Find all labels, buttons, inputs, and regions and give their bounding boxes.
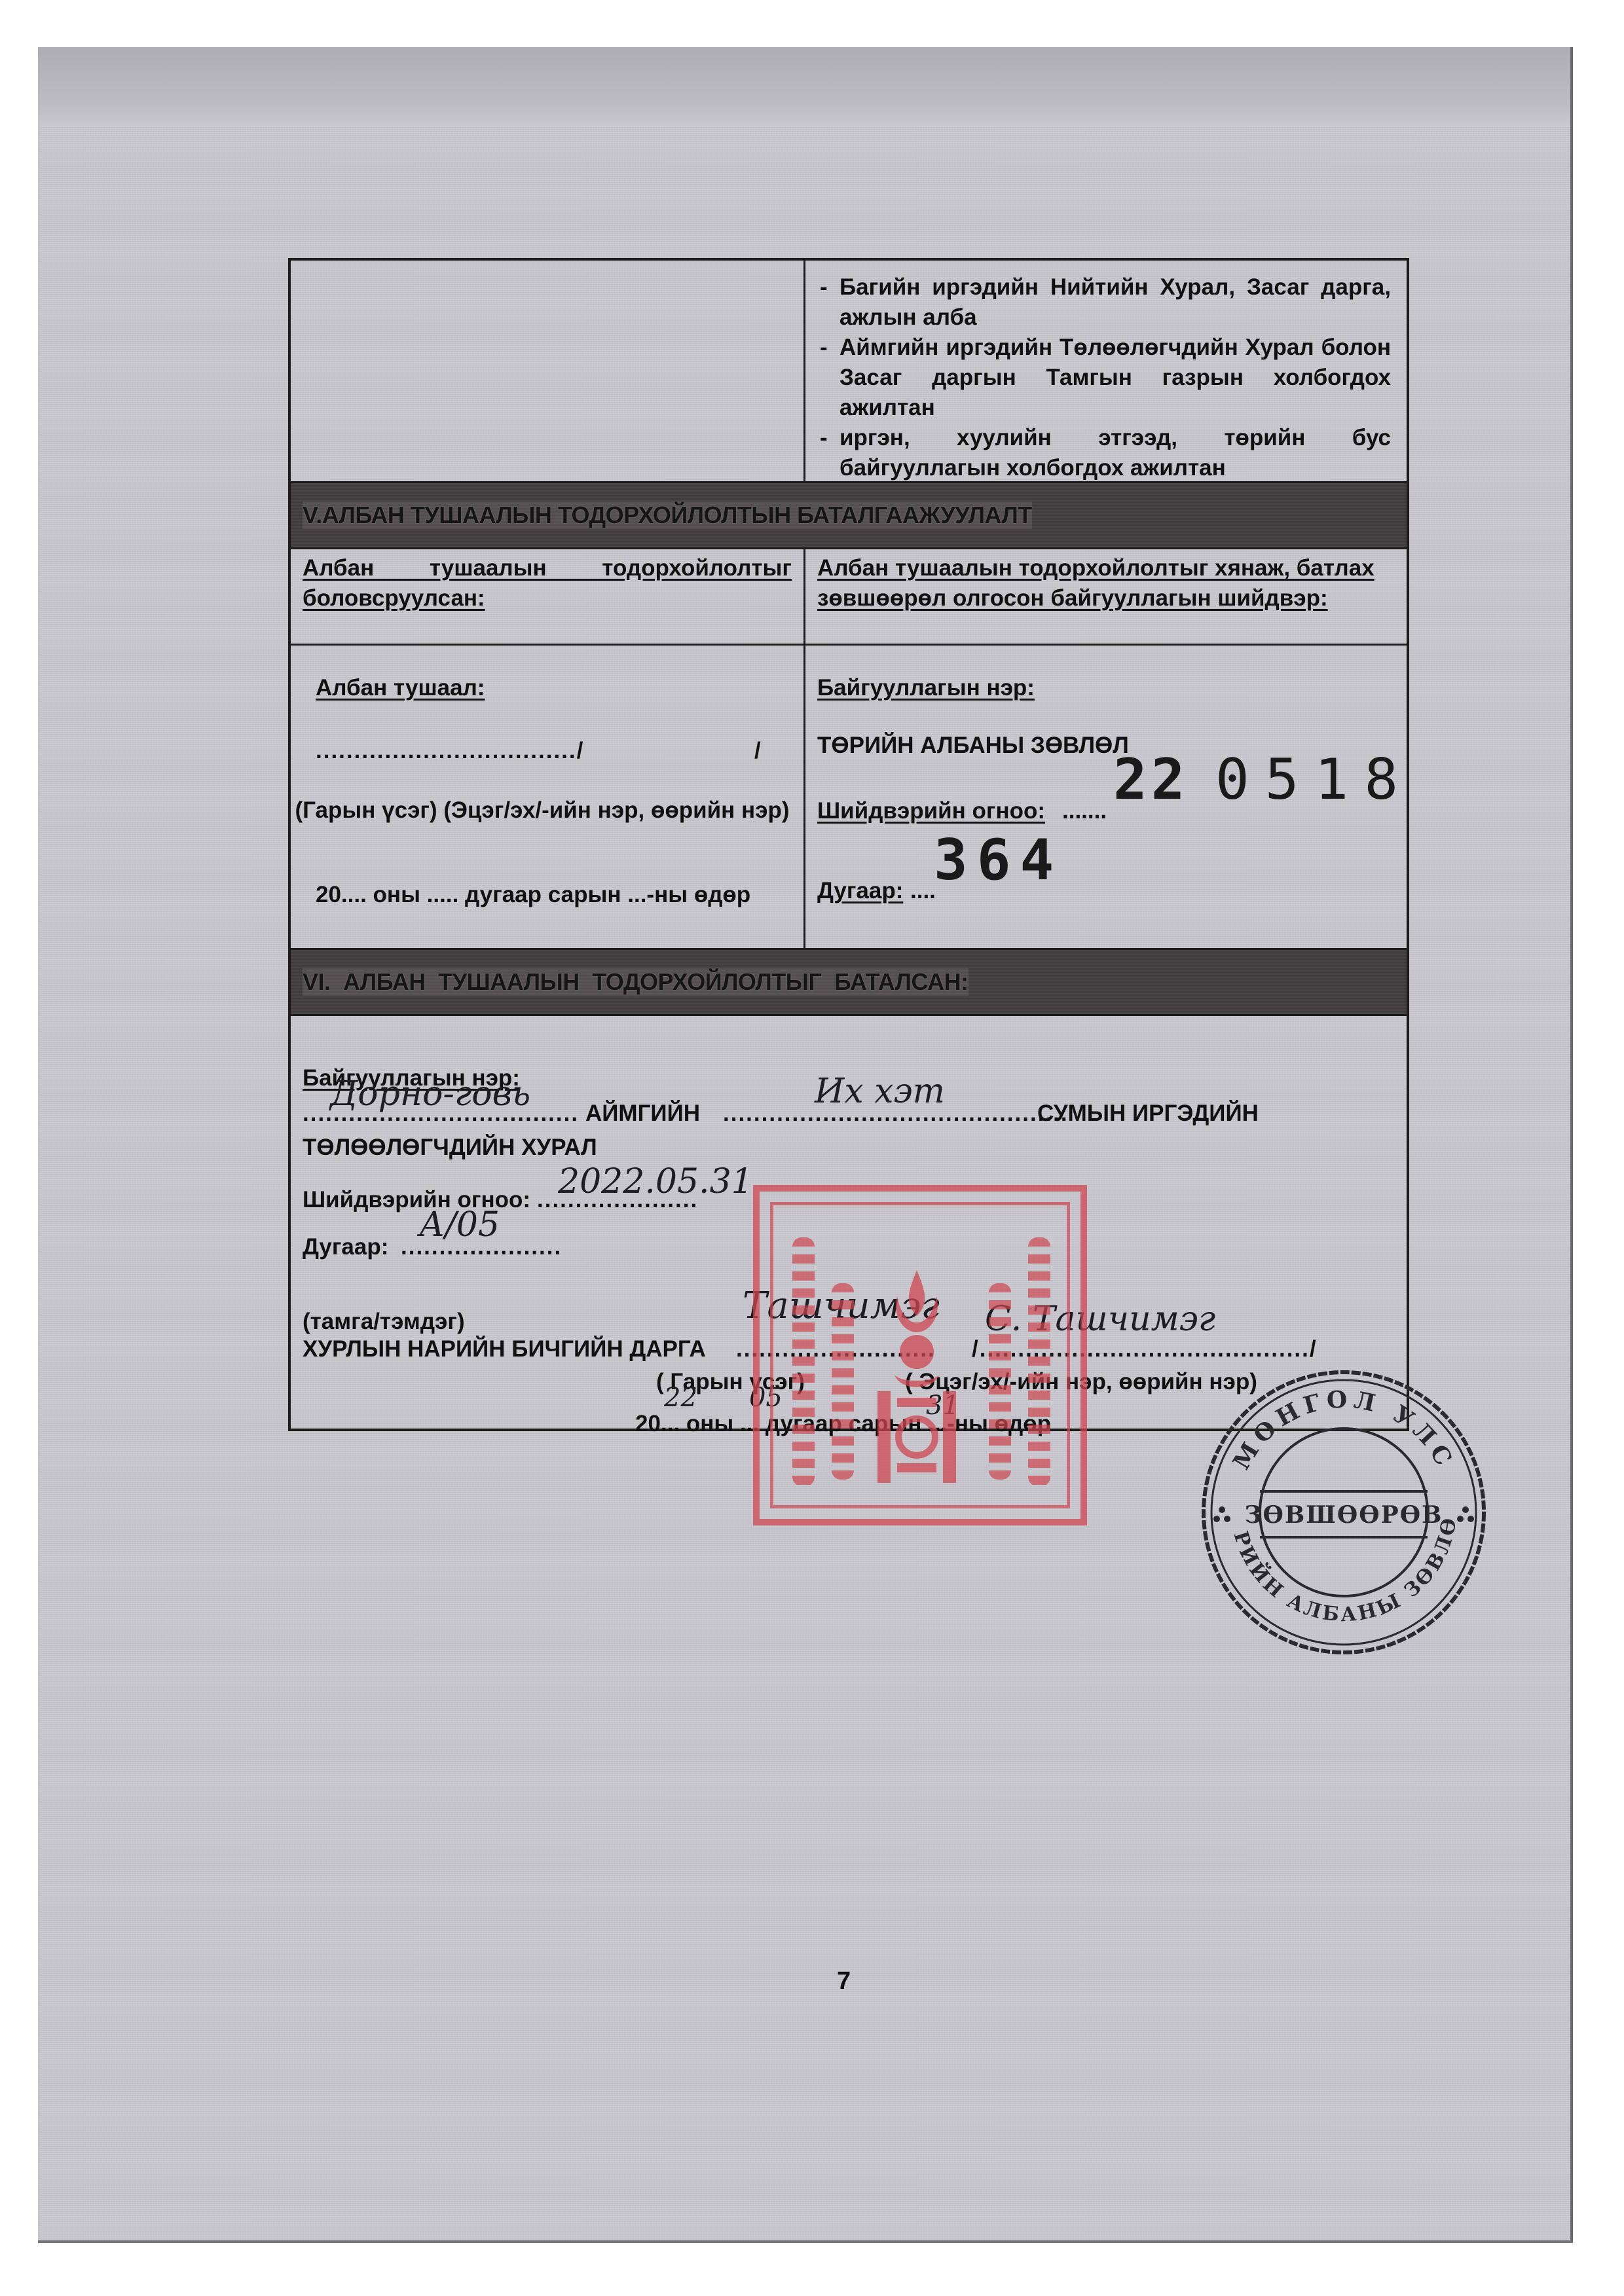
number-dots: ....: [910, 876, 936, 906]
list-item: иргэн, хуулийн этгээд, төрийн бус байгуу…: [817, 423, 1391, 483]
aimag-suffix: АЙМГИЙН: [585, 1099, 700, 1129]
scan-top-band: [38, 47, 1570, 126]
signer-title: ХУРЛЫН НАРИЙН БИЧГИЙН ДАРГА: [303, 1334, 706, 1364]
approval-number-label: Дугаар:: [303, 1232, 388, 1262]
page-number: 7: [837, 1967, 851, 1995]
section-v-left-heading: Албан тушаалын тодорхойлолтыг боловсруул…: [303, 555, 792, 611]
top-row-right-cell: Багийн иргэдийн Нийтийн Хурал, Засаг дар…: [805, 261, 1407, 481]
decision-date-label: Шийдвэрийн огноо:: [817, 796, 1045, 826]
section-vi-header: VI. АЛБАН ТУШААЛЫН ТОДОРХОЙЛОЛТЫГ БАТАЛС…: [291, 950, 1407, 1016]
approval-date-month-handwritten: 05: [749, 1383, 783, 1413]
list-item: Аймгийн иргэдийн Төлөөлөгчдийн Хурал бол…: [817, 333, 1391, 423]
approval-date-line: 20... оны ... дугаар сарын ...-ны өдөр: [635, 1409, 1051, 1439]
approval-decision-date-handwritten: 2022.05.31: [558, 1167, 753, 1197]
section-v-right-heading: Албан тушаалын тодорхойлолтыг хянаж, бат…: [817, 555, 1375, 611]
form-table: Багийн иргэдийн Нийтийн Хурал, Засаг дар…: [288, 258, 1409, 1431]
signature-dots: ..........................: [736, 1334, 936, 1364]
org-line-2: ТӨЛӨӨЛӨГЧДИЙН ХУРАЛ: [303, 1133, 597, 1163]
signature-line: ................................../: [316, 736, 584, 766]
decision-date-dots: .......: [1062, 796, 1107, 826]
soum-handwritten: Их хэт: [815, 1076, 945, 1106]
stamp-label: (тамга/тэмдэг): [303, 1307, 465, 1337]
number-stamp: 364: [934, 845, 1063, 875]
approval-date-year-handwritten: 22: [664, 1383, 697, 1413]
section-v-left-heading-cell: Албан тушаалын тодорхойлолтыг боловсруул…: [291, 549, 805, 644]
top-row-left-cell: [291, 261, 805, 481]
org-name: ТӨРИЙН АЛБАНЫ ЗӨВЛӨЛ: [817, 731, 1129, 761]
section-v-sign-row: Албан тушаал: ..........................…: [291, 646, 1407, 950]
section-vi-cell: Байгууллагын нэр: ......................…: [291, 1016, 1407, 1429]
signer-name-handwritten: С. Ташчимэг: [985, 1304, 1215, 1334]
section-vi-title: VI. АЛБАН ТУШААЛЫН ТОДОРХОЙЛОЛТЫГ БАТАЛС…: [303, 968, 969, 996]
soum-suffix: СУМЫН ИРГЭДИЙН: [1037, 1099, 1259, 1129]
section-v-left-cell: Албан тушаал: ..........................…: [291, 646, 805, 948]
top-row: Багийн иргэдийн Нийтийн Хурал, Засаг дар…: [291, 261, 1407, 483]
responsible-parties-list: Багийн иргэдийн Нийтийн Хурал, Засаг дар…: [817, 272, 1395, 483]
section-v-header: V.АЛБАН ТУШААЛЫН ТОДОРХОЙЛОЛТЫН БАТАЛГАА…: [291, 483, 1407, 549]
approval-number-handwritten: А/05: [419, 1210, 500, 1240]
section-vi-row: Байгууллагын нэр: ......................…: [291, 1016, 1407, 1429]
number-label: Дугаар:: [817, 876, 903, 906]
section-v-headings-row: Албан тушаалын тодорхойлолтыг боловсруул…: [291, 549, 1407, 646]
position-label: Албан тушаал:: [316, 673, 485, 703]
section-v-right-heading-cell: Албан тушаалын тодорхойлолтыг хянаж, бат…: [805, 549, 1407, 644]
signature-caption: (Гарын үсэг) (Эцэг/эх/-ийн нэр, өөрийн н…: [293, 797, 791, 824]
section-v-title: V.АЛБАН ТУШААЛЫН ТОДОРХОЙЛОЛТЫН БАТАЛГАА…: [303, 501, 1032, 529]
decision-date-year-stamp: 22: [1113, 765, 1189, 795]
list-item: Багийн иргэдийн Нийтийн Хурал, Засаг дар…: [817, 272, 1391, 333]
approval-date-day-handwritten: 31: [926, 1391, 959, 1421]
aimag-handwritten: Дорно-говь: [330, 1079, 530, 1109]
section-v-right-cell: Байгууллагын нэр: ТӨРИЙН АЛБАНЫ ЗӨВЛӨЛ Ш…: [805, 646, 1407, 948]
org-label: Байгууллагын нэр:: [817, 673, 1035, 703]
signature-slash: /: [754, 736, 761, 766]
decision-date-monthday-stamp: 0518: [1215, 765, 1414, 795]
date-line: 20.... оны ..... дугаар сарын ...-ны өдө…: [316, 880, 750, 910]
signature-handwritten: Ташчимэг: [743, 1291, 940, 1321]
